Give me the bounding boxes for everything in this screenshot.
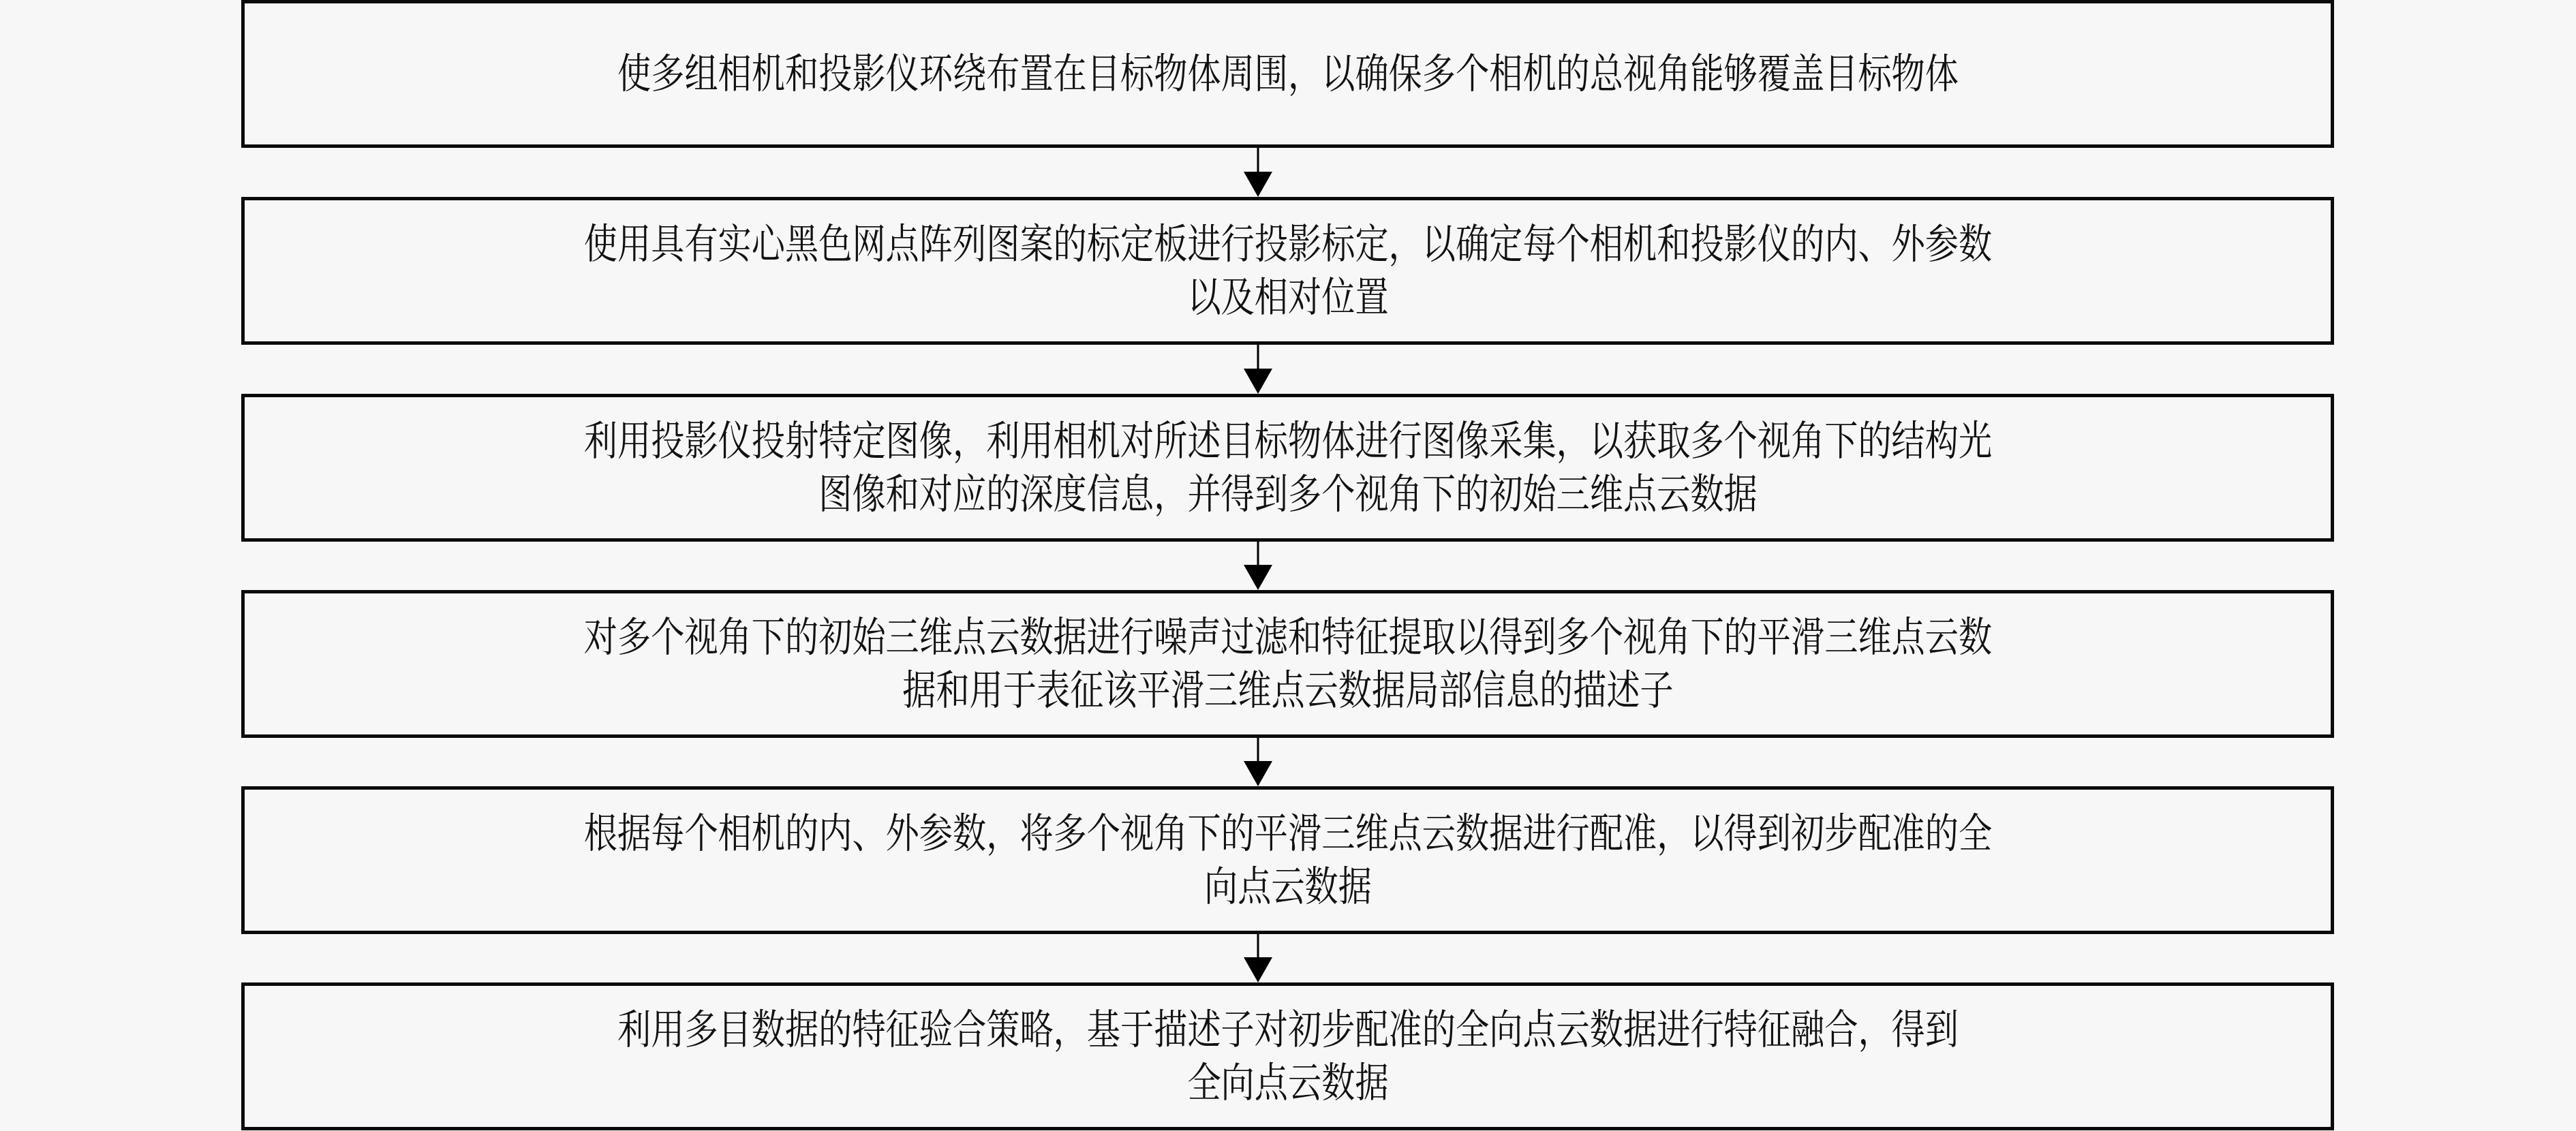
- flow-step-5-line-1: 根据每个相机的内、外参数，将多个视角下的平滑三维点云数据进行配准，以得到初步配准…: [583, 807, 1991, 861]
- arrow-down-icon: [1244, 542, 1272, 590]
- flow-step-1-line-1: 使多组相机和投影仪环绕布置在目标物体周围，以确保多个相机的总视角能够覆盖目标物体: [617, 48, 1959, 101]
- arrow-down-icon: [1244, 934, 1272, 982]
- arrow-down-icon: [1244, 345, 1272, 394]
- flow-step-1: 使多组相机和投影仪环绕布置在目标物体周围，以确保多个相机的总视角能够覆盖目标物体: [241, 0, 2334, 148]
- flow-step-2-line-1: 使用具有实心黑色网点阵列图案的标定板进行投影标定，以确定每个相机和投影仪的内、外…: [583, 218, 1991, 271]
- arrow-down-icon: [1244, 148, 1272, 197]
- flow-step-2: 使用具有实心黑色网点阵列图案的标定板进行投影标定，以确定每个相机和投影仪的内、外…: [241, 197, 2334, 345]
- flow-step-6-line-2: 全向点云数据: [1187, 1057, 1388, 1110]
- flow-step-4-line-1: 对多个视角下的初始三维点云数据进行噪声过滤和特征提取以得到多个视角下的平滑三维点…: [583, 611, 1991, 664]
- flow-step-2-line-2: 以及相对位置: [1187, 271, 1388, 324]
- flow-step-3: 利用投影仪投射特定图像，利用相机对所述目标物体进行图像采集，以获取多个视角下的结…: [241, 394, 2334, 542]
- flow-step-6: 利用多目数据的特征验合策略，基于描述子对初步配准的全向点云数据进行特征融合，得到…: [241, 982, 2334, 1130]
- flow-step-3-line-1: 利用投影仪投射特定图像，利用相机对所述目标物体进行图像采集，以获取多个视角下的结…: [583, 415, 1991, 468]
- flow-step-3-line-2: 图像和对应的深度信息，并得到多个视角下的初始三维点云数据: [818, 468, 1758, 521]
- flow-step-5-line-2: 向点云数据: [1204, 861, 1372, 914]
- flow-step-4-line-2: 据和用于表征该平滑三维点云数据局部信息的描述子: [902, 664, 1674, 717]
- flow-step-4: 对多个视角下的初始三维点云数据进行噪声过滤和特征提取以得到多个视角下的平滑三维点…: [241, 590, 2334, 738]
- flow-step-6-line-1: 利用多目数据的特征验合策略，基于描述子对初步配准的全向点云数据进行特征融合，得到: [617, 1004, 1959, 1057]
- flow-step-5: 根据每个相机的内、外参数，将多个视角下的平滑三维点云数据进行配准，以得到初步配准…: [241, 786, 2334, 934]
- arrow-down-icon: [1244, 738, 1272, 786]
